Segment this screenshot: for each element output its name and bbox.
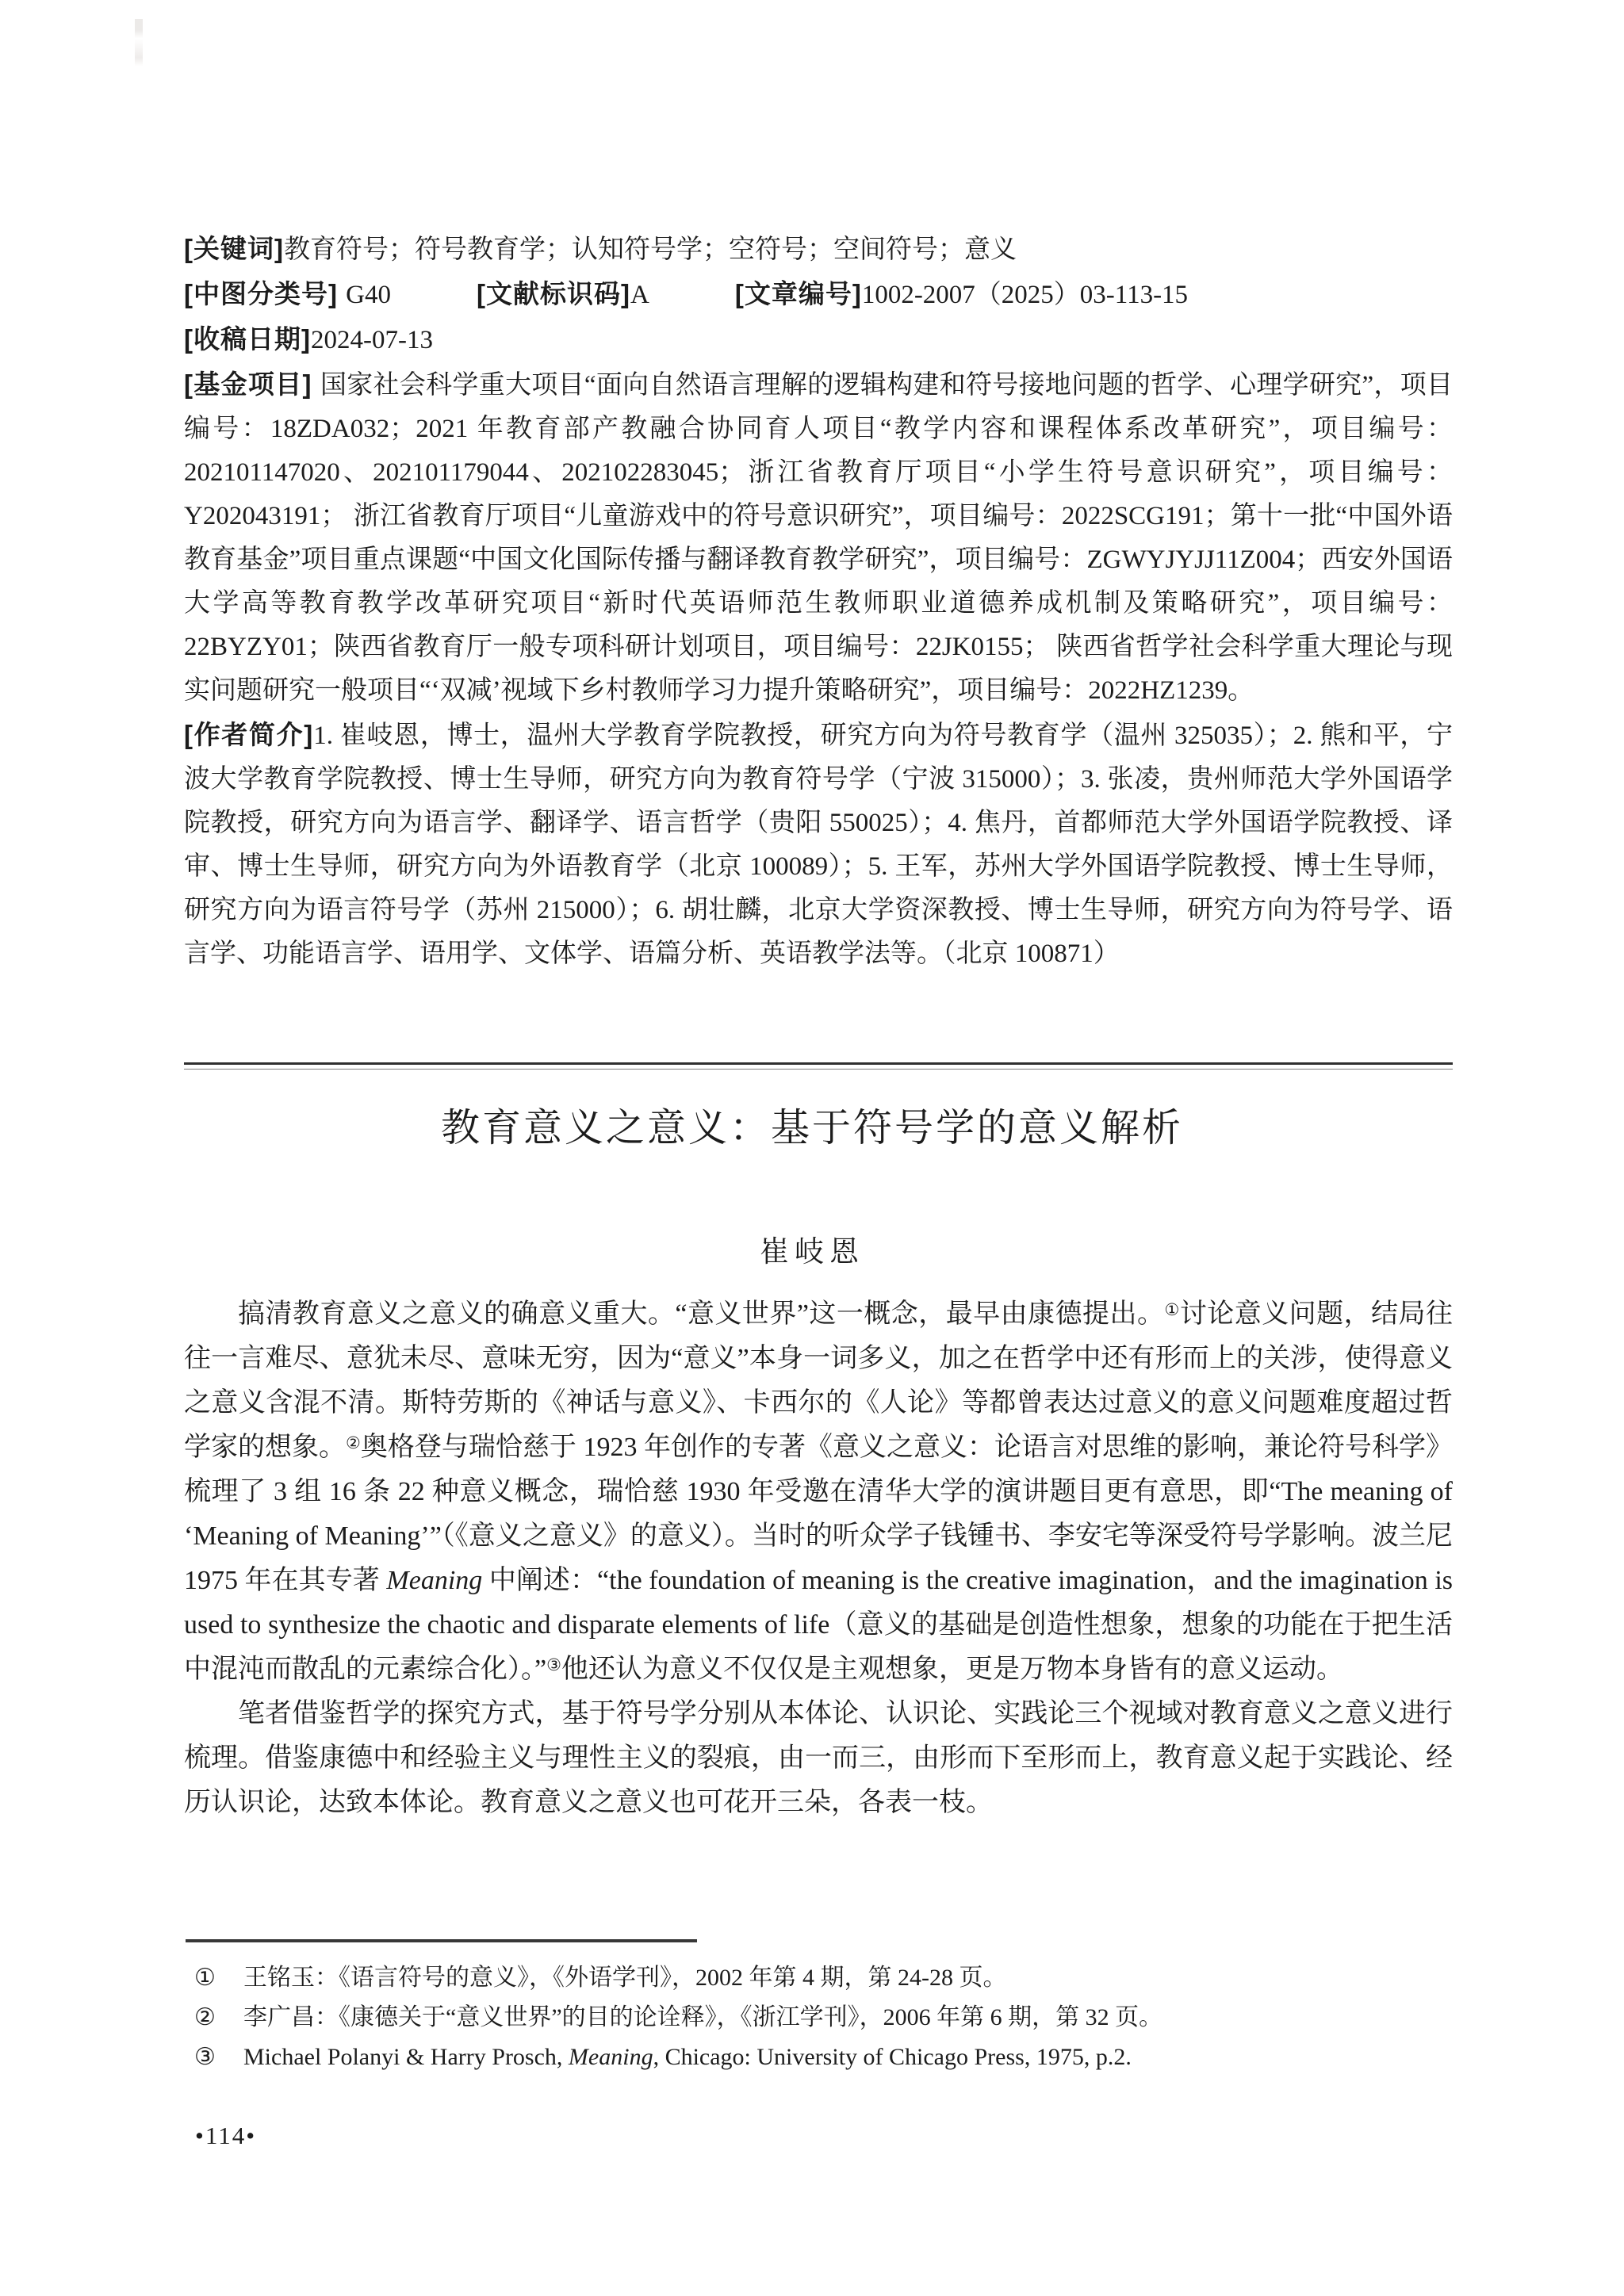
document-code-value: A <box>630 281 649 309</box>
received-date-value: 2024-07-13 <box>311 326 433 354</box>
author-bio-line: [作者简介]1. 崔岐恩，博士，温州大学教育学院教授，研究方向为符号教育学（温州… <box>184 713 1453 976</box>
classification-line: [中图分类号] G40[文献标识码]A[文章编号]1002-2007（2025）… <box>184 272 1453 317</box>
footnote-3-marker: ③ <box>194 2038 243 2077</box>
clc-number-value: G40 <box>346 281 391 309</box>
fund-project-line: [基金项目] 国家社会科学重大项目“面向自然语言理解的逻辑构建和符号接地问题的哲… <box>184 362 1453 713</box>
page-number: •114• <box>195 2122 256 2150</box>
keywords-text: 教育符号；符号教育学；认知符号学；空符号；空间符号；意义 <box>284 235 1017 264</box>
received-date-label: [收稿日期] <box>184 324 311 354</box>
footnote-3-text: Michael Polanyi & Harry Prosch, Meaning,… <box>243 2044 1132 2070</box>
article-id-pair: [文章编号]1002-2007（2025）03-113-15 <box>735 281 1188 309</box>
footnote-1-marker: ① <box>194 1958 243 1998</box>
article-id-label: [文章编号] <box>735 279 862 308</box>
scan-artifact <box>135 19 143 75</box>
received-date-line: [收稿日期]2024-07-13 <box>184 317 1453 362</box>
clc-number-label: [中图分类号] <box>184 279 346 308</box>
body-paragraph-2: 笔者借鉴哲学的探究方式，基于符号学分别从本体论、认识论、实践论三个视域对教育意义… <box>184 1692 1453 1825</box>
document-code-label: [文献标识码] <box>477 279 630 308</box>
author-bio-text: 1. 崔岐恩，博士，温州大学教育学院教授，研究方向为符号教育学（温州 32503… <box>184 721 1453 968</box>
journal-page: [关键词]教育符号；符号教育学；认知符号学；空符号；空间符号；意义 [中图分类号… <box>0 0 1624 2296</box>
footnote-3: ③Michael Polanyi & Harry Prosch, Meaning… <box>184 2038 1453 2077</box>
footnote-2-text: 李广昌：《康德关于“意义世界”的目的论诠释》，《浙江学刊》，2006 年第 6 … <box>243 2004 1162 2030</box>
fund-project-label: [基金项目] <box>184 369 320 399</box>
body-paragraph-1: 搞清教育意义之意义的确意义重大。“意义世界”这一概念，最早由康德提出。①讨论意义… <box>184 1292 1453 1692</box>
header-divider <box>184 1062 1453 1070</box>
keywords-line: [关键词]教育符号；符号教育学；认知符号学；空符号；空间符号；意义 <box>184 227 1453 272</box>
clc-number-pair: [中图分类号] G40 <box>184 281 391 309</box>
article-id-value: 1002-2007（2025）03-113-15 <box>862 281 1188 309</box>
fund-project-text: 国家社会科学重大项目“面向自然语言理解的逻辑构建和符号接地问题的哲学、心理学研究… <box>184 371 1453 705</box>
document-code-pair: [文献标识码]A <box>477 281 649 309</box>
front-matter: [关键词]教育符号；符号教育学；认知符号学；空符号；空间符号；意义 [中图分类号… <box>184 227 1453 976</box>
author-bio-label: [作者简介] <box>184 720 313 749</box>
keywords-label: [关键词] <box>184 234 284 263</box>
footnote-divider <box>186 1939 697 1942</box>
article-author: 崔岐恩 <box>178 1227 1446 1270</box>
footnote-1-text: 王铭玉：《语言符号的意义》，《外语学刊》，2002 年第 4 期，第 24-28… <box>243 1965 1007 1991</box>
footnote-1: ①王铭玉：《语言符号的意义》，《外语学刊》，2002 年第 4 期，第 24-2… <box>184 1958 1453 1998</box>
footnote-area: ①王铭玉：《语言符号的意义》，《外语学刊》，2002 年第 4 期，第 24-2… <box>184 1939 1453 2077</box>
footnote-2: ②李广昌：《康德关于“意义世界”的目的论诠释》，《浙江学刊》，2006 年第 6… <box>184 1998 1453 2038</box>
article-title: 教育意义之意义：基于符号学的意义解析 <box>178 1097 1446 1153</box>
article-body: 搞清教育意义之意义的确意义重大。“意义世界”这一概念，最早由康德提出。①讨论意义… <box>184 1292 1453 1825</box>
footnote-2-marker: ② <box>194 1998 243 2038</box>
